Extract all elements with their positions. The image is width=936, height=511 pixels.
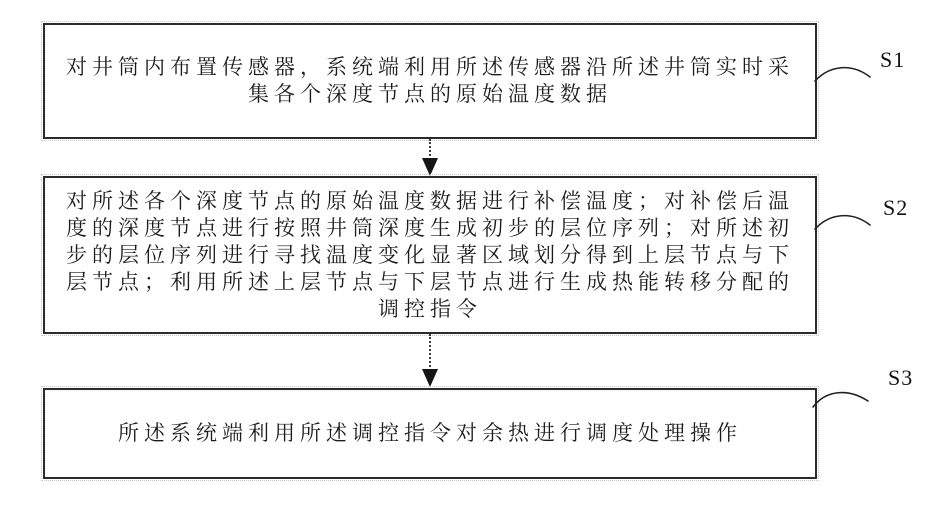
step-label-s1: S1 xyxy=(880,47,905,73)
down-arrow-icon xyxy=(422,369,438,387)
process-box-s2-line: 层节点；利用所述上层节点与下层节点进行生成热能转移分配的 xyxy=(66,269,794,296)
step-label-s3: S3 xyxy=(888,365,913,391)
process-box-s2-line: 度的深度节点进行按照井筒深度生成初步的层位序列；对所述初 xyxy=(66,215,794,242)
process-box-s2-line: 对所述各个深度节点的原始温度数据进行补偿温度；对补偿后温 xyxy=(66,188,794,215)
process-box-s2: 对所述各个深度节点的原始温度数据进行补偿温度；对补偿后温 度的深度节点进行按照井… xyxy=(43,176,817,334)
flow-arrow-line xyxy=(429,334,431,371)
process-box-s1-line: 集各个深度节点的原始温度数据 xyxy=(248,81,612,108)
label-connector-curve-s1 xyxy=(814,63,872,85)
step-label-s2: S2 xyxy=(883,195,908,221)
process-box-s1: 对井筒内布置传感器，系统端利用所述传感器沿所述井筒实时采 集各个深度节点的原始温… xyxy=(43,23,817,139)
flow-arrow-line xyxy=(429,139,431,160)
label-connector-curve-s2 xyxy=(814,211,872,233)
process-box-s2-line: 步的层位序列进行寻找温度变化显著区域划分得到上层节点与下 xyxy=(66,242,794,269)
process-box-s3: 所述系统端利用所述调控指令对余热进行调度处理操作 xyxy=(43,388,817,479)
process-box-s1-line: 对井筒内布置传感器，系统端利用所述传感器沿所述井筒实时采 xyxy=(66,54,794,81)
down-arrow-icon xyxy=(422,158,438,176)
process-box-s3-line: 所述系统端利用所述调控指令对余热进行调度处理操作 xyxy=(118,420,742,447)
flowchart-figure: 对井筒内布置传感器，系统端利用所述传感器沿所述井筒实时采 集各个深度节点的原始温… xyxy=(0,0,936,511)
process-box-s2-line: 调控指令 xyxy=(378,296,482,323)
label-connector-curve-s3 xyxy=(812,388,870,410)
